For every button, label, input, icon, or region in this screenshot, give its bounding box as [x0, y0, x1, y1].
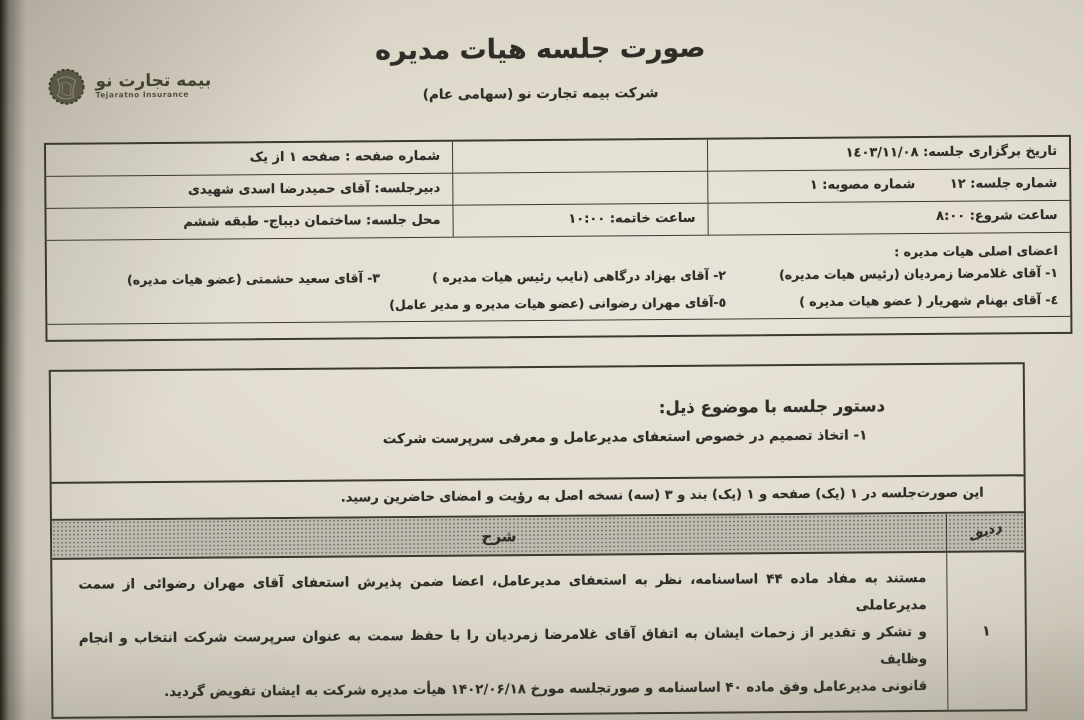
meeting-info-table: تاریخ برگزاری جلسه: ١٤٠٣/١١/٠٨ شماره صفح… [44, 135, 1073, 342]
resolution-text-line: و تشکر و تقدیر از زحمات ایشان به اتفاق آ… [79, 619, 927, 680]
resolution-row: ١ مستند به مفاد ماده ۴۴ اساسنامه، نظر به… [52, 552, 1025, 717]
board-member-item: ٣- آقای سعید حشمتی (عضو هیات مدیره) [47, 267, 392, 292]
session-number: شماره جلسه: ١٢ [950, 176, 1058, 192]
board-members-grid: ١- آقای غلامرضا زمردیان (رئیس هیات مدیره… [47, 262, 1070, 319]
agenda-section: دستور جلسه با موضوع ذیل: ١- اتخاذ تصمیم … [51, 364, 1024, 484]
resolution-text-line: قانونی مدیرعامل وفق ماده ۴۰ اساسنامه و ص… [79, 673, 927, 707]
meeting-date-cell: تاریخ برگزاری جلسه: ١٤٠٣/١١/٠٨ [707, 137, 1069, 171]
description-header-cell: شرح [52, 514, 946, 558]
secretary-cell: دبیرجلسه: آقای حمیدرضا اسدی شهیدی [46, 174, 452, 208]
agenda-resolution-table: دستور جلسه با موضوع ذیل: ١- اتخاذ تصمیم … [49, 362, 1028, 719]
resolution-text-line: مستند به مفاد ماده ۴۴ اساسنامه، نظر به ا… [78, 565, 926, 626]
row-number-header-cell: ردیف [946, 513, 1024, 551]
resolution-text: مستند به مفاد ماده ۴۴ اساسنامه، نظر به ا… [52, 553, 947, 717]
board-member-item: ٤- آقای بهنام شهریار ( عضو هیات مدیره ) [738, 289, 1070, 314]
row-number-header-label: ردیف [967, 519, 1005, 545]
start-time-cell: ساعت شروع: ٨:٠٠ [707, 201, 1069, 235]
board-members-section: اعضای اصلی هیات مدیره : ١- آقای غلامرضا … [47, 233, 1071, 325]
empty-cell [452, 172, 707, 205]
agenda-heading: دستور جلسه با موضوع ذیل: [51, 395, 1023, 422]
document-page: بیمه تجارت نو Tejaratno Insurance صورت ج… [0, 0, 1084, 720]
session-number-cell: شماره جلسه: ١٢ شماره مصوبه: ١ [707, 169, 1069, 203]
resolution-number: شماره مصوبه: ١ [810, 177, 916, 193]
empty-cell [47, 294, 392, 319]
board-member-item: ١- آقای غلامرضا زمردیان (رئیس هیات مدیره… [738, 262, 1070, 287]
end-time-cell: ساعت خاتمه: ١٠:٠٠ [452, 204, 707, 237]
empty-cell [452, 140, 707, 173]
agenda-item: ١- اتخاذ تصمیم در خصوص استعفای مدیرعامل … [51, 426, 1023, 450]
scanned-document-photo: بیمه تجارت نو Tejaratno Insurance صورت ج… [0, 0, 1084, 720]
page-title: صورت جلسه هیات مدیره [0, 30, 1082, 70]
location-cell: محل جلسه: ساختمان دیباج- طبقه ششم [46, 206, 452, 240]
board-member-item: ٥-آقای مهران رضوانی (عضو هیات مدیره و مد… [392, 291, 738, 316]
page-number-cell: شماره صفحه : صفحه ١ از یک [46, 142, 452, 176]
resolution-row-number: ١ [946, 552, 1025, 710]
board-member-item: ٢- آقای بهزاد درگاهی (نایب رئیس هیات مدی… [392, 264, 738, 289]
